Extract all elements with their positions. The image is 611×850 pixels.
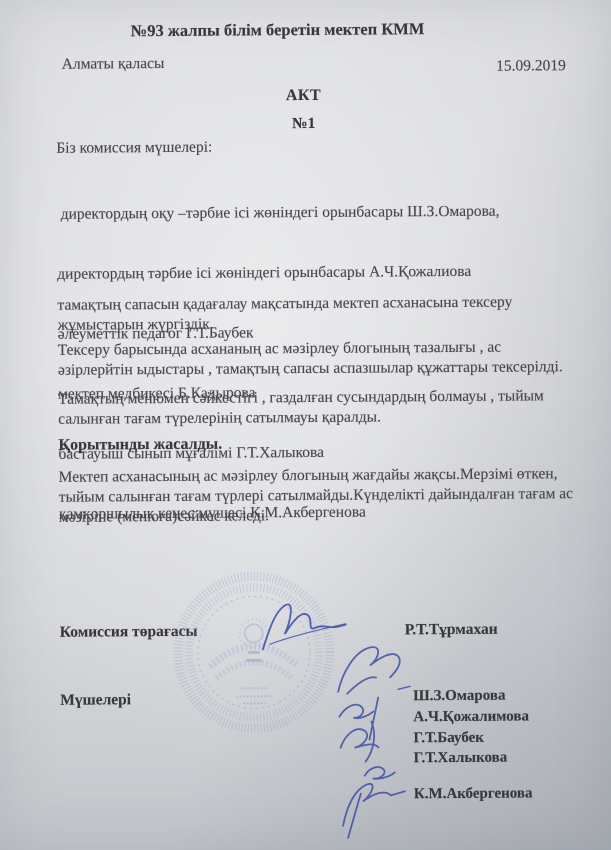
chairman-signature — [263, 604, 346, 649]
doc-type-heading: АКТ — [0, 84, 609, 108]
chairman-name: Р.Т.Тұрмахан — [405, 620, 498, 641]
signature-dash — [398, 686, 410, 689]
conclusion-paragraph: Мектеп асханасының ас мәзірлеу блогының … — [59, 464, 581, 528]
conclusion-heading: Қорытынды жасалды. — [58, 435, 222, 456]
official-stamp-icon — [177, 576, 330, 729]
commission-intro: Біз комиссия мүшелері: — [56, 135, 576, 159]
signature-khalykova — [365, 767, 395, 779]
signature-kozhalimova — [339, 698, 378, 740]
signatory-name: Г.Т.Халыкова — [414, 749, 508, 768]
body-paragraph: Тамақтың менюмен сәйкестігі , газдалған … — [58, 386, 566, 430]
scanned-act-document: №93 жалпы білім беретін мектеп КММ Алмат… — [0, 0, 611, 850]
signature-baubek — [340, 721, 378, 761]
member-line: директордың оқу –тәрбие ісі жөніндегі ор… — [57, 201, 582, 225]
signature-omarova — [338, 647, 400, 694]
doc-number-heading: №1 — [0, 112, 609, 136]
signatory-name: Г.Т.Баубек — [413, 729, 484, 747]
chairman-label: Комиссия төрағасы — [60, 622, 198, 643]
signatory-name: К.М.Акбергенова — [414, 784, 533, 803]
signatory-name: А.Ч.Қожалимова — [413, 707, 529, 726]
body-paragraph: тамақтың сапасын қадағалау мақсатында ме… — [57, 292, 565, 336]
signatory-name: Ш.З.Омарова — [413, 687, 505, 706]
body-paragraph: Тексеру барысында асхананың ас мәзірлеу … — [58, 337, 566, 381]
member-line: директордың тәрбие ісі жөніндегі орынбас… — [57, 261, 582, 285]
city-label: Алматы қаласы — [62, 54, 165, 75]
signature-akbergenova — [343, 784, 405, 838]
document-content: №93 жалпы білім беретін мектеп КММ Алмат… — [0, 0, 611, 850]
date-label: 15.09.2019 — [378, 56, 566, 77]
document-title: №93 жалпы білім беретін мектеп КММ — [0, 18, 558, 42]
members-label: Мүшелері — [60, 690, 131, 710]
member-signatures — [338, 647, 411, 838]
